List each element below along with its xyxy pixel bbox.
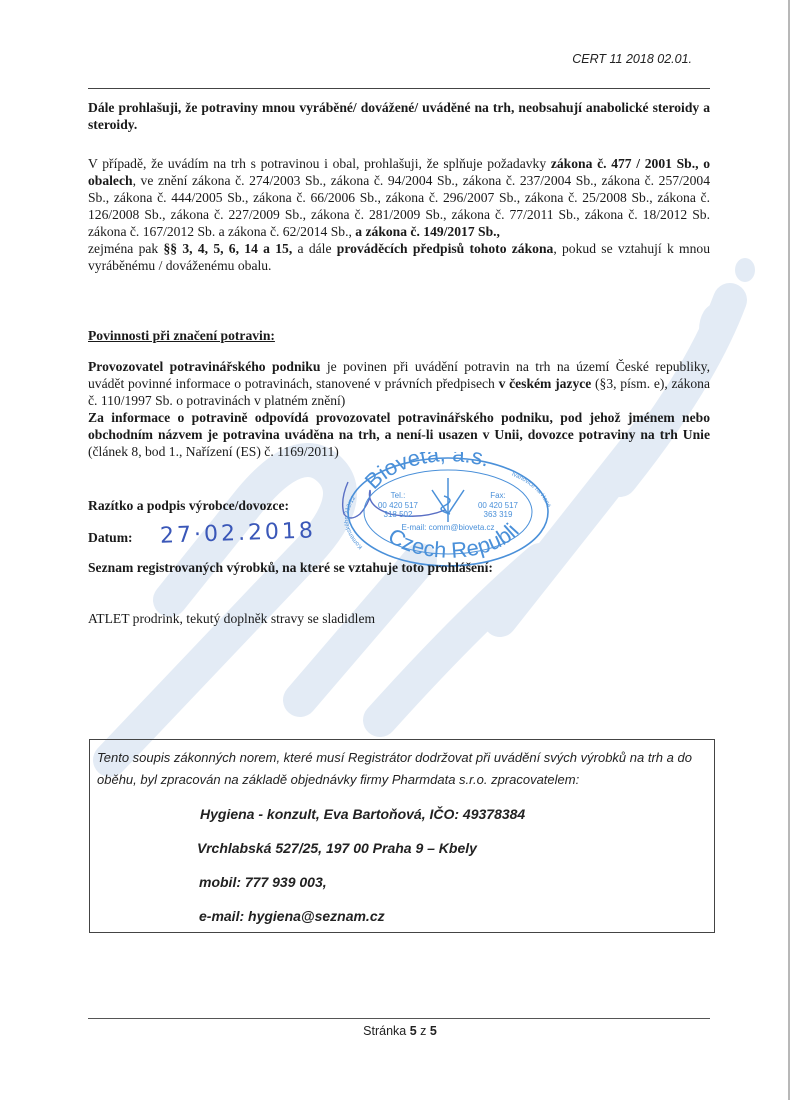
stamp-fax-2: 363 319 <box>484 510 513 519</box>
processor-info-box: Tento soupis zákonných norem, které musí… <box>89 739 715 933</box>
stamp-tel-1: 00 420 517 <box>378 501 419 510</box>
stamp-company: Bioveta, a.s. <box>360 452 493 494</box>
svg-text:Komenského 212/12: Komenského 212/12 <box>344 495 364 550</box>
page-current: 5 <box>410 1024 417 1038</box>
stamp-email: E-mail: comm@bioveta.cz <box>401 523 494 532</box>
stamp-signature-label: Razítko a podpis výrobce/dovozce: <box>88 498 289 514</box>
stamp-fax-label: Fax: <box>490 491 506 500</box>
caduceus-icon <box>432 478 464 522</box>
svg-text:Bioveta, a.s.: Bioveta, a.s. <box>360 452 493 494</box>
page-edge <box>788 0 790 1100</box>
text-run: zejména pak <box>88 241 163 256</box>
company-stamp: Bioveta, a.s. Czech Republic Komenského … <box>340 452 555 572</box>
paragraph-labeling-duties: Provozovatel potravinářského podniku je … <box>88 358 710 460</box>
paragraph-packaging-law: V případě, že uvádím na trh s potravinou… <box>88 155 710 274</box>
product-list-heading: Seznam registrovaných výrobků, na které … <box>88 560 493 576</box>
stamp-fax-1: 00 420 517 <box>478 501 519 510</box>
section-heading-labeling: Povinnosti při značení potravin: <box>88 327 710 344</box>
processor-email: e-mail: hygiena@seznam.cz <box>199 908 385 924</box>
bold-text-run: prováděcích předpisů tohoto zákona <box>337 241 554 256</box>
processor-address: Vrchlabská 527/25, 197 00 Praha 9 – Kbel… <box>197 840 477 856</box>
text-run: a dále <box>292 241 337 256</box>
heading-text: Povinnosti při značení potravin: <box>88 328 275 343</box>
bold-text-run: v českém jazyce <box>499 376 592 391</box>
page-word: Stránka <box>363 1024 406 1038</box>
date-label: Datum: <box>88 530 133 546</box>
processor-mobile: mobil: 777 939 003, <box>199 874 327 890</box>
page-total: 5 <box>430 1024 437 1038</box>
text-run: (článek 8, bod 1., Nařízení (ES) č. 1169… <box>88 444 339 459</box>
document-code: CERT 11 2018 02.01. <box>572 52 692 66</box>
bold-text-run: Za informace o potravině odpovídá provoz… <box>88 410 710 442</box>
bold-text-run: §§ 3, 4, 5, 6, 14 a 15, <box>163 241 292 256</box>
paragraph-steroids: Dále prohlašuji, že potraviny mnou vyráb… <box>88 99 710 133</box>
info-intro: Tento soupis zákonných norem, které musí… <box>97 747 707 791</box>
header-divider <box>88 88 710 89</box>
bold-text-run: Provozovatel potravinářského podniku <box>88 359 320 374</box>
page-sep: z <box>420 1024 426 1038</box>
footer-divider <box>88 1018 710 1019</box>
handwritten-date: 27·02.2018 <box>160 518 317 548</box>
stamp-tel-label: Tel.: <box>391 491 406 500</box>
bold-text-run: a zákona č. 149/2017 Sb., <box>355 224 500 239</box>
processor-name: Hygiena - konzult, Eva Bartoňová, IČO: 4… <box>200 806 525 822</box>
page-number: Stránka 5 z 5 <box>0 1024 800 1038</box>
product-item: ATLET prodrink, tekutý doplněk stravy se… <box>88 611 375 627</box>
bold-text-run: Dále prohlašuji, že potraviny mnou vyráb… <box>88 100 710 132</box>
stamp-street: Komenského 212/12 <box>344 495 364 550</box>
stamp-tel-2: 318 502 <box>384 510 413 519</box>
text-run: V případě, že uvádím na trh s potravinou… <box>88 156 551 171</box>
